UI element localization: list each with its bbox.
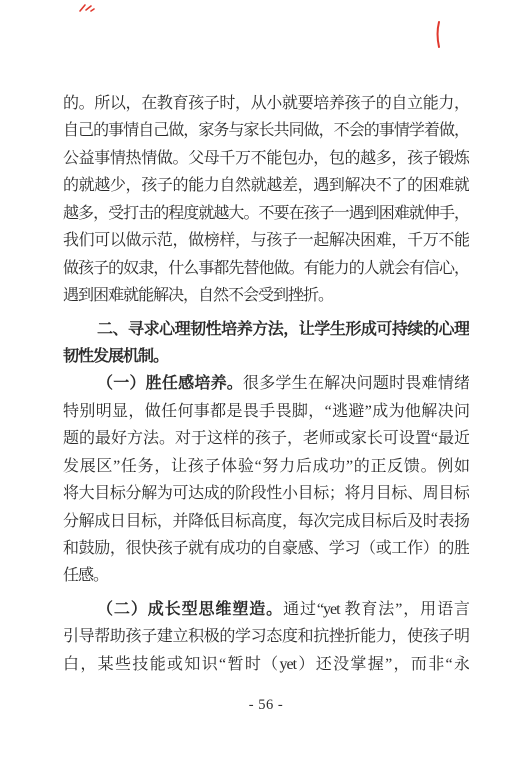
body-text: 的。所以，在教育孩子时，从小就要培养孩子的自立能力， xyxy=(63,95,469,112)
text-line: 自己的事情自己做，家务与家长共同做，不会的事情学着做， xyxy=(63,117,469,144)
body-text: 特别明显，做任何事都是畏手畏脚，“逃避”成为他解决问 xyxy=(63,403,469,420)
text-line: 任感。 xyxy=(63,562,469,589)
bold-text: 韧性发展机制。 xyxy=(63,348,168,365)
body-text: 很多学生在解决问题时畏难情绪 xyxy=(243,375,469,392)
text-line: 特别明显，做任何事都是畏手畏脚，“逃避”成为他解决问 xyxy=(63,398,469,425)
text-line: 我们可以做示范，做榜样，与孩子一起解决困难，千万不能 xyxy=(63,227,469,254)
red-ink-mark-top-right xyxy=(431,20,445,50)
text-line: 题的最好方法。对于这样的孩子，老师或家长可设置“最近 xyxy=(63,425,469,452)
document-page: 的。所以，在教育孩子时，从小就要培养孩子的自立能力，自己的事情自己做，家务与家长… xyxy=(0,0,532,768)
body-text: 自己的事情自己做，家务与家长共同做，不会的事情学着做， xyxy=(63,122,469,139)
body-text: 发展区”任务，让孩子体验“努力后成功”的正反馈。例如 xyxy=(63,458,469,475)
text-line: 发展区”任务，让孩子体验“努力后成功”的正反馈。例如 xyxy=(63,453,469,480)
body-text: 越多，受打击的程度就越大。不要在孩子一遇到困难就伸手， xyxy=(63,205,469,222)
text-line: 遇到困难就能解决，自然不会受到挫折。 xyxy=(63,282,469,309)
body-text: 任感。 xyxy=(63,567,108,584)
body-text: 我们可以做示范，做榜样，与孩子一起解决困难，千万不能 xyxy=(63,232,469,249)
text-line: 将大目标分解为可达成的阶段性小目标；将月目标、周目标 xyxy=(63,480,469,507)
body-text: 做孩子的奴隶，什么事都先替他做。有能力的人就会有信心， xyxy=(63,260,469,277)
bold-text: （二）成长型思维塑造。 xyxy=(97,601,283,618)
body-text: 公益事情热情做。父母千万不能包办，包的越多，孩子锻炼 xyxy=(63,150,469,167)
body-text: 题的最好方法。对于这样的孩子，老师或家长可设置“最近 xyxy=(63,430,469,447)
text-line: 二、寻求心理韧性培养方法，让学生形成可持续的心理 xyxy=(63,316,469,343)
text-line: （一）胜任感培养。很多学生在解决问题时畏难情绪 xyxy=(63,370,469,397)
body-text: 通过“yet 教育法”，用语言 xyxy=(283,601,469,618)
text-line: 的就越少，孩子的能力自然就越差，遇到解决不了的困难就 xyxy=(63,172,469,199)
text-line: 引导帮助孩子建立积极的学习态度和抗挫折能力，使孩子明 xyxy=(63,623,469,650)
body-text: 将大目标分解为可达成的阶段性小目标；将月目标、周目标 xyxy=(63,485,469,502)
text-line: 做孩子的奴隶，什么事都先替他做。有能力的人就会有信心， xyxy=(63,255,469,282)
body-text: 的就越少，孩子的能力自然就越差，遇到解决不了的困难就 xyxy=(63,177,469,194)
text-line: （二）成长型思维塑造。通过“yet 教育法”，用语言 xyxy=(63,596,469,623)
text-line: 白，某些技能或知识“暂时（yet）还没掌握”，而非“永 xyxy=(63,651,469,678)
body-text: 白，某些技能或知识“暂时（yet）还没掌握”，而非“永 xyxy=(63,656,469,673)
text-line: 和鼓励，很快孩子就有成功的自豪感、学习（或工作）的胜 xyxy=(63,535,469,562)
body-text: 引导帮助孩子建立积极的学习态度和抗挫折能力，使孩子明 xyxy=(63,628,469,645)
red-ink-mark-top-left xyxy=(78,2,96,15)
text-block: 的。所以，在教育孩子时，从小就要培养孩子的自立能力，自己的事情自己做，家务与家长… xyxy=(63,90,469,678)
body-text: 分解成日目标，并降低目标高度，每次完成目标后及时表扬 xyxy=(63,513,469,530)
text-line: 的。所以，在教育孩子时，从小就要培养孩子的自立能力， xyxy=(63,90,469,117)
body-text: 遇到困难就能解决，自然不会受到挫折。 xyxy=(63,287,333,304)
text-line: 公益事情热情做。父母千万不能包办，包的越多，孩子锻炼 xyxy=(63,145,469,172)
body-text: 和鼓励，很快孩子就有成功的自豪感、学习（或工作）的胜 xyxy=(63,540,469,557)
text-line: 韧性发展机制。 xyxy=(63,343,469,370)
bold-text: 二、寻求心理韧性培养方法，让学生形成可持续的心理 xyxy=(97,321,469,338)
text-line: 分解成日目标，并降低目标高度，每次完成目标后及时表扬 xyxy=(63,508,469,535)
page-number: - 56 - xyxy=(0,697,532,714)
text-line: 越多，受打击的程度就越大。不要在孩子一遇到困难就伸手， xyxy=(63,200,469,227)
bold-text: （一）胜任感培养。 xyxy=(97,375,243,392)
